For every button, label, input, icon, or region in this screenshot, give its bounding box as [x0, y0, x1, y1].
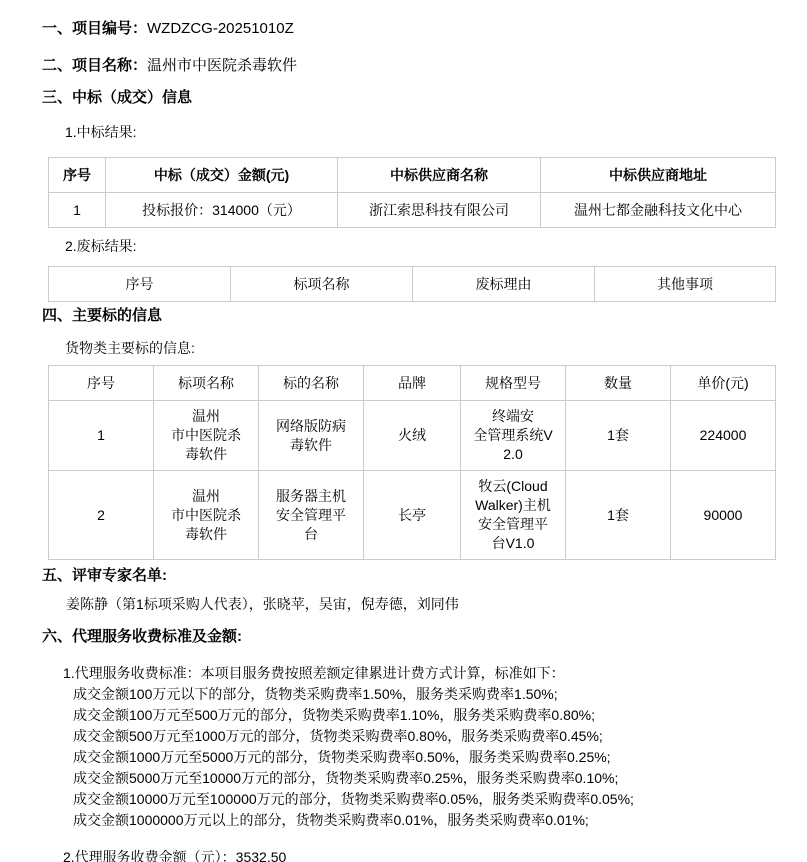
cell-quantity: 1套: [566, 401, 671, 471]
cell-subject-name: 服务器主机 安全管理平 台: [259, 471, 364, 560]
column-header-invalid-reason: 废标理由: [413, 267, 595, 302]
cell-quantity: 1套: [566, 471, 671, 560]
cell-brand: 火绒: [364, 401, 461, 471]
experts-title: 五、评审专家名单:: [42, 568, 807, 583]
cell-unit-price: 90000: [671, 471, 776, 560]
project-name-value: 温州市中医院杀毒软件: [147, 57, 297, 74]
invalid-result-label: 2.废标结果:: [65, 239, 807, 253]
win-result-table: 序号 中标（成交）金额(元) 中标供应商名称 中标供应商地址 1 投标报价：31…: [48, 157, 776, 228]
win-table-header-row: 序号 中标（成交）金额(元) 中标供应商名称 中标供应商地址: [49, 158, 776, 193]
cell-supplier-address: 温州七都金融科技文化中心: [541, 193, 776, 228]
cell-lot-name: 温州 市中医院杀 毒软件: [154, 471, 259, 560]
cell-seq: 1: [49, 193, 106, 228]
goods-info-subtitle: 货物类主要标的信息:: [65, 341, 807, 355]
invalid-table-header-row: 序号 标项名称 废标理由 其他事项: [49, 267, 776, 302]
project-name-heading: 二、项目名称：温州市中医院杀毒软件: [42, 58, 807, 73]
project-number-label: 一、项目编号：: [42, 20, 147, 37]
cell-subject-name: 网络版防病 毒软件: [259, 401, 364, 471]
fee-title: 六、代理服务收费标准及金额:: [42, 629, 807, 644]
fee-standard-block: 1.代理服务收费标准：本项目服务费按照差额定律累进计费方式计算，标准如下： 成交…: [0, 663, 807, 831]
cell-spec-model: 牧云(Cloud Walker)主机 安全管理平 台V1.0: [461, 471, 566, 560]
column-header-seq: 序号: [49, 158, 106, 193]
fee-standard-line: 成交金额1000万元至5000万元的部分，货物类采购费率0.50%，服务类采购费…: [73, 747, 807, 768]
cell-seq: 1: [49, 401, 154, 471]
column-header-unit-price: 单价(元): [671, 366, 776, 401]
fee-standard-line: 1.代理服务收费标准：本项目服务费按照差额定律累进计费方式计算，标准如下：: [63, 663, 807, 684]
procurement-announcement-document: 一、项目编号：WZDZCG-20251010Z 二、项目名称：温州市中医院杀毒软…: [0, 0, 807, 862]
column-header-seq: 序号: [49, 267, 231, 302]
column-header-amount: 中标（成交）金额(元): [106, 158, 338, 193]
column-header-brand: 品牌: [364, 366, 461, 401]
column-header-seq: 序号: [49, 366, 154, 401]
award-info-title: 三、中标（成交）信息: [42, 90, 807, 105]
fee-standard-line: 成交金额10000万元至100000万元的部分，货物类采购费率0.05%，服务类…: [73, 789, 807, 810]
fee-standard-line: 成交金额5000万元至10000万元的部分，货物类采购费率0.25%，服务类采购…: [73, 768, 807, 789]
column-header-supplier-name: 中标供应商名称: [338, 158, 541, 193]
column-header-subject-name: 标的名称: [259, 366, 364, 401]
column-header-lot-name: 标项名称: [154, 366, 259, 401]
fee-standard-line: 成交金额1000000万元以上的部分，货物类采购费率0.01%，服务类采购费率0…: [73, 810, 807, 831]
subject-info-title: 四、主要标的信息: [42, 308, 807, 323]
fee-standard-line: 成交金额500万元至1000万元的部分，货物类采购费率0.80%，服务类采购费率…: [73, 726, 807, 747]
cell-seq: 2: [49, 471, 154, 560]
column-header-lot-name: 标项名称: [231, 267, 413, 302]
project-number-heading: 一、项目编号：WZDZCG-20251010Z: [42, 21, 807, 36]
cell-spec-model: 终端安 全管理系统V 2.0: [461, 401, 566, 471]
fee-amount-line: 2.代理服务收费金额（元）：3532.50: [63, 849, 807, 862]
column-header-supplier-address: 中标供应商地址: [541, 158, 776, 193]
cell-unit-price: 224000: [671, 401, 776, 471]
goods-table-row: 1 温州 市中医院杀 毒软件 网络版防病 毒软件 火绒 终端安 全管理系统V 2…: [49, 401, 776, 471]
goods-table: 序号 标项名称 标的名称 品牌 规格型号 数量 单价(元) 1 温州 市中医院杀…: [48, 365, 776, 560]
column-header-quantity: 数量: [566, 366, 671, 401]
cell-supplier-name: 浙江索思科技有限公司: [338, 193, 541, 228]
fee-standard-line: 成交金额100万元以下的部分，货物类采购费率1.50%，服务类采购费率1.50%…: [73, 684, 807, 705]
column-header-spec-model: 规格型号: [461, 366, 566, 401]
win-table-row: 1 投标报价：314000（元） 浙江索思科技有限公司 温州七都金融科技文化中心: [49, 193, 776, 228]
invalid-result-table: 序号 标项名称 废标理由 其他事项: [48, 266, 776, 302]
cell-brand: 长亭: [364, 471, 461, 560]
project-number-value: WZDZCG-20251010Z: [147, 20, 294, 37]
goods-table-row: 2 温州 市中医院杀 毒软件 服务器主机 安全管理平 台 长亭 牧云(Cloud…: [49, 471, 776, 560]
cell-amount: 投标报价：314000（元）: [106, 193, 338, 228]
win-result-label: 1.中标结果:: [65, 125, 807, 139]
project-name-label: 二、项目名称：: [42, 57, 147, 74]
fee-standard-line: 成交金额100万元至500万元的部分，货物类采购费率1.10%，服务类采购费率0…: [73, 705, 807, 726]
cell-lot-name: 温州 市中医院杀 毒软件: [154, 401, 259, 471]
experts-names: 姜陈静（第1标项采购人代表），张晓苹，吴宙，倪寿德，刘同伟: [66, 597, 807, 611]
column-header-other: 其他事项: [595, 267, 776, 302]
goods-table-header-row: 序号 标项名称 标的名称 品牌 规格型号 数量 单价(元): [49, 366, 776, 401]
